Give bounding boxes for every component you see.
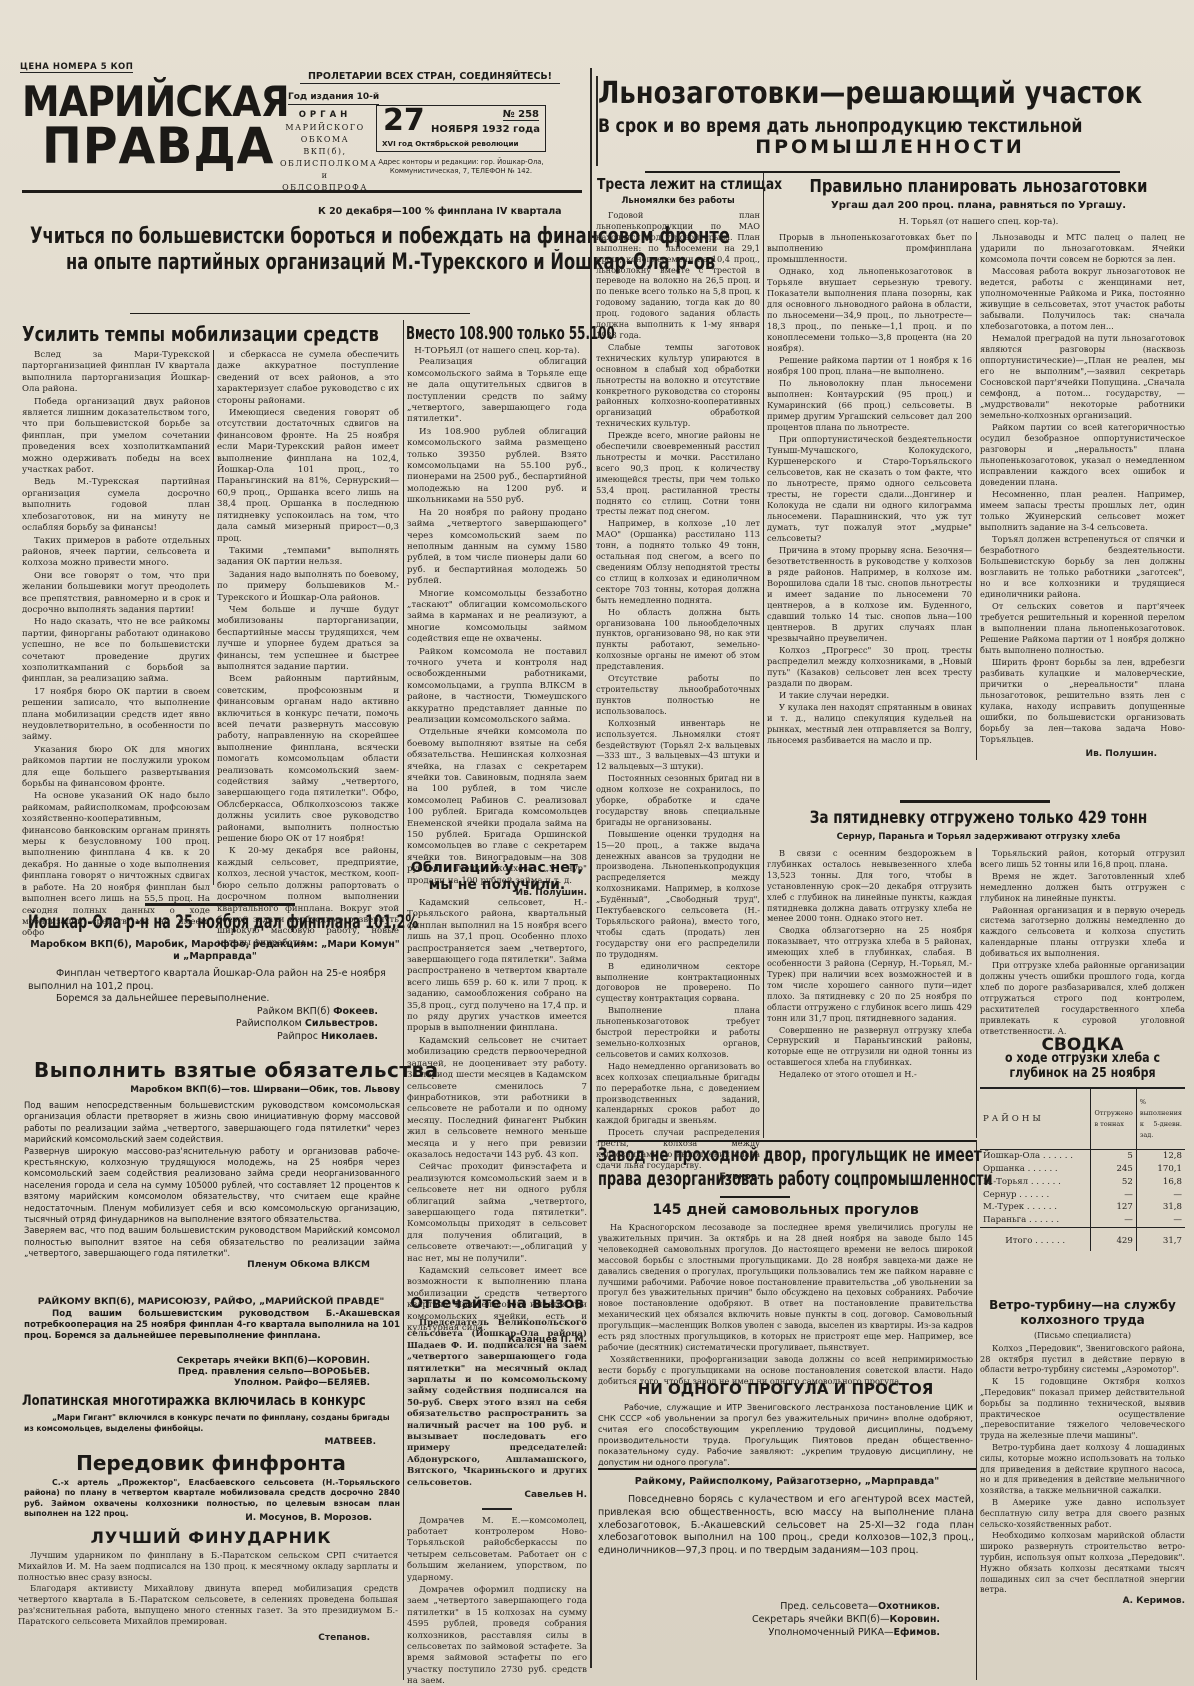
windturbine-subtitle: (Письмо специалиста)	[980, 1330, 1185, 1341]
flax-subhead-line2: ПРОМЫШЛЕННОСТИ	[600, 136, 1180, 158]
answer-body: Председатель Великопольского сельсовета …	[407, 1318, 587, 1489]
percent-done: 16,8	[1136, 1176, 1185, 1189]
organ-text: МАРИЙСКОГО ОБКОМА ВКП(б), ОБЛИСПОЛКОМА и…	[280, 122, 370, 194]
paragraph: Под вашим непосредственным большевистски…	[24, 1100, 400, 1146]
paragraph: Районная организация и в первую очередь …	[980, 905, 1185, 960]
column-rule	[976, 232, 977, 760]
akashevo2-body: Повседневно борясь с кулачеством и его а…	[598, 1494, 974, 1558]
flax-subhead-line1: В срок и во время дать льнопродукцию тек…	[598, 115, 1082, 137]
windturbine-article: Ветро-турбину—на службу колхозного труда…	[980, 1298, 1185, 1607]
factory-sub2-title: НИ ОДНОГО ПРОГУЛА И ПРОСТОЯ	[598, 1380, 973, 1398]
shipped-tons: 429	[1091, 1228, 1136, 1251]
svodka-header-shipped: Отгружено в тоннах	[1091, 1089, 1136, 1149]
tresta-title: Треста лежит на стлищах	[597, 175, 782, 193]
masthead-rule	[22, 190, 582, 193]
obligations-paragraphs: Под вашим непосредственным большевистски…	[24, 1100, 400, 1260]
paragraph: Но область должна быть организована 100 …	[596, 607, 760, 672]
mobilization-title: Усилить темпы мобилизации средств	[22, 322, 379, 346]
paragraph: Массовая работа вокруг льнозаготовок не …	[980, 266, 1185, 332]
grain-title: За пятидневку отгружено только 429 тонн	[809, 808, 1149, 828]
svodka-title: СВОДКА	[980, 1040, 1185, 1051]
lopatino-body: „Мари Гигант" включился в конкурс печати…	[24, 1413, 400, 1434]
paragraph: Прорыв в льнопенькозаготовках бьет по вы…	[767, 232, 972, 265]
svodka-table: РАЙОНЫ Отгружено в тоннах % выполнения к…	[980, 1089, 1185, 1251]
svodka-row: Параньга . . . . . .——	[980, 1214, 1185, 1227]
paragraph: Развернув широкую массово-раз'яснительну…	[24, 1146, 400, 1226]
instead-body: Реализация облигаций комсомольского займ…	[407, 357, 587, 887]
svodka-row: Н.-Торьял . . . . . .5216,8	[980, 1176, 1185, 1189]
udarnik-signature: Степанов.	[18, 1633, 398, 1644]
district-name: Н.-Торьял . . . . . .	[980, 1176, 1091, 1189]
factory-sub1-title: 145 дней самовольных прогулов	[598, 1202, 973, 1218]
paragraph: Заверяем вас, что под вашим большевистск…	[24, 1225, 400, 1259]
paragraph: К 20-му декабря все районы, каждый сельс…	[217, 846, 399, 949]
district-name: Йошкар-Ола . . . . . .	[980, 1149, 1091, 1162]
akashevo-body: Под вашим большевистским руководством Б.…	[24, 1309, 400, 1342]
paragraph: Причина в этому прорыву ясна. Безочня—бе…	[767, 545, 972, 644]
paragraph: Многие комсомольцы беззаботно „таскают" …	[407, 589, 587, 646]
paragraph: Слабые темпы заготовок технических культ…	[596, 342, 760, 429]
factory-sub1-body: На Красногорском лесозаводе за последнее…	[598, 1222, 973, 1388]
paragraph: Колхоз „Прогресс" 30 проц. тресты распре…	[767, 645, 972, 689]
akashevo-title: РАЙКОМУ ВКП(б), МАРИСОЮЗУ, РАЙФО, „МАРИЙ…	[22, 1296, 400, 1307]
paragraph: 17 ноября бюро ОК партии в своем решении…	[22, 687, 210, 744]
obligations-addressees: Маробком ВКП(б)—тов. Ширвани—Обик, тов. …	[22, 1085, 400, 1095]
yoshkar-body-line1: Финплан четвертого квартала Йошкар-Ола р…	[28, 968, 400, 993]
paragraph: При отгрузке хлеба районные организации …	[980, 960, 1185, 1036]
percent-done: 31,7	[1136, 1228, 1185, 1251]
grain-col1: В связи с осенним бездорожьем в глубинка…	[767, 848, 972, 1081]
grain-subtitle: Сернур, Параньга и Торьял задерживают от…	[766, 832, 1191, 842]
paragraph: При оппортунистической бездеятельности Т…	[767, 434, 972, 544]
bonds-body: Кадамский сельсовет, Н.-Торьяльского рай…	[407, 898, 587, 1334]
paragraph: Указания бюро ОК для многих райкомов пар…	[22, 745, 210, 791]
paragraph: Благодаря активисту Михайлову двинута вп…	[18, 1583, 398, 1626]
signature-line: Райком ВКП(б) Фокеев.	[28, 1006, 378, 1019]
paragraph: Торъял должен встрепенуться от спячки и …	[980, 534, 1185, 600]
yoshkar-body: Финплан четвертого квартала Йошкар-Ола р…	[28, 968, 400, 1043]
paragraph: Домрачев оформил подписку на заем „четве…	[407, 1585, 587, 1686]
divider	[482, 1508, 512, 1510]
date-month-year: НОЯБРЯ 1932 года	[431, 124, 540, 135]
svodka-subtitle: о ходе отгрузки хлеба с глубинок на 25 н…	[995, 1051, 1169, 1081]
logo-line-2: ПРАВДА	[42, 122, 246, 170]
paragraph: Решение райкома партии от 1 ноября к 16 …	[767, 355, 972, 377]
lead-headline: Учиться по большевистски бороться и побе…	[30, 224, 590, 276]
akashevo-signatures: Секретарь ячейки ВКП(б)—КОРОВИН.Пред. пр…	[100, 1356, 370, 1389]
flax-headline: Льнозаготовки—решающий участок	[598, 76, 1142, 111]
percent-done: 170,1	[1136, 1163, 1185, 1176]
bonds-article: Кадамский сельсовет, Н.-Торьяльского рай…	[407, 898, 587, 1347]
paragraph: Но надо сказать, что не все райкомы парт…	[22, 617, 210, 685]
plan-col1: Прорыв в льнопенькозаготовках бьет по вы…	[767, 232, 972, 747]
paragraph: Кадамский сельсовет, Н.-Торьяльского рай…	[407, 898, 587, 1035]
paragraph: В связи с осенним бездорожьем в глубинка…	[767, 848, 972, 924]
signature-line: Секретарь ячейки ВКП(б)—Коровин.	[640, 1613, 940, 1626]
column-rule	[976, 848, 977, 1138]
answer-title: Отвечайте на вызов	[407, 1294, 587, 1312]
deadline-banner: К 20 декабря—100 % финплана IV квартала	[318, 206, 562, 217]
paragraph: В Америке уже давно использует бесплатну…	[980, 1497, 1185, 1529]
paragraph: Торьяльский район, который отгрузил всег…	[980, 848, 1185, 870]
slogan: ПРОЛЕТАРИИ ВСЕХ СТРАН, СОЕДИНЯЙТЕСЬ!	[300, 71, 560, 84]
paragraph: Домрачев М. Е.—комсомолец, работает конт…	[407, 1516, 587, 1584]
paragraph: Райком комсомола не поставил точного уче…	[407, 647, 587, 727]
paragraph: Колхозный инвентарь не используется. Льн…	[596, 718, 760, 773]
bonds-title: Облигаций у нас нет, мы не получили.	[407, 860, 587, 894]
district-name: Оршанка . . . . . .	[980, 1163, 1091, 1176]
paragraph: По льноволокну план льносемени выполнен:…	[767, 378, 972, 433]
paragraph: На 20 ноября по району продано займа „че…	[407, 508, 587, 588]
organ-block: ОРГАН МАРИЙСКОГО ОБКОМА ВКП(б), ОБЛИСПОЛ…	[280, 110, 370, 194]
signature-line: Райпрос Николаев.	[28, 1031, 378, 1044]
issue-number: № 258	[503, 109, 539, 121]
yoshkar-addressees: Маробком ВКП(б), Маробик, Мароффо, редак…	[30, 939, 400, 963]
section-rule	[720, 1196, 790, 1198]
paragraph: Вслед за Мари-Турекской парторганизацией…	[22, 350, 210, 396]
plan-dateline: Н. Торьял (от нашего спец. кор-та).	[766, 217, 1191, 227]
paragraph: Райком партии со всей категоричностью ос…	[980, 422, 1185, 488]
lopatino-signature: МАТВЕЕВ.	[200, 1437, 376, 1447]
paragraph: Колхоз „Передовик", Звениговского района…	[980, 1343, 1185, 1375]
paragraph: Ветро-турбина дает колхозу 4 лошадиных с…	[980, 1442, 1185, 1496]
instead-dateline: Н-ТОРЬЯЛ (от нашего спец. кор-та).	[407, 346, 587, 357]
newspaper-logo: МАРИЙСКАЯ ПРАВДА	[22, 82, 257, 170]
paragraph: Постоянных сезонных бригад ни в одном ко…	[596, 773, 760, 828]
shipped-tons: 245	[1091, 1163, 1136, 1176]
paragraph: Например, в колхозе „10 лет МАО" (Оршанк…	[596, 518, 760, 605]
finfront-signature: И. Мосунов, В. Морозов.	[200, 1513, 372, 1523]
district-name: М.-Турек . . . . . .	[980, 1201, 1091, 1214]
section-rule	[145, 903, 295, 906]
signature-line: Уполном. Райфо—БЕЛЯЕВ.	[100, 1378, 370, 1389]
paragraph: Председатель Великопольского сельсовета …	[407, 1318, 587, 1489]
paragraph: Ведь М.-Турекская партийная организация …	[22, 477, 210, 534]
signature-line: Райисполком Сильвестров.	[28, 1018, 378, 1031]
paragraph: Прежде всего, многие районы не обеспечил…	[596, 430, 760, 517]
paragraph: На Красногорском лесозаводе за последнее…	[598, 1222, 973, 1353]
organ-label: ОРГАН	[280, 110, 370, 120]
plan-title: Правильно планировать льнозаготовки	[804, 176, 1153, 197]
svodka-row: Оршанка . . . . . .245170,1	[980, 1163, 1185, 1176]
paragraph: От сельских советов и парт'ячеек требует…	[980, 601, 1185, 656]
svodka-rows: Йошкар-Ола . . . . . .512,8Оршанка . . .…	[980, 1149, 1185, 1251]
paragraph: Лучшим ударником по финплану в Б.-Паратс…	[18, 1550, 398, 1582]
svodka-header-districts: РАЙОНЫ	[980, 1089, 1091, 1149]
section-rule	[900, 800, 1050, 803]
page-center-divider	[590, 68, 592, 1668]
paragraph: Чем больше и лучше будут мобилизованы па…	[217, 605, 399, 673]
mobilization-col1: Вслед за Мари-Турекской парторганизацией…	[22, 350, 210, 941]
akashevo2-title: Райкому, Райисполкому, Райзаготзерно, „М…	[598, 1476, 976, 1487]
signature-line: Секретарь ячейки ВКП(б)—КОРОВИН.	[100, 1356, 370, 1367]
answer-note: Домрачев М. Е.—комсомолец, работает конт…	[407, 1516, 587, 1686]
svodka-row: М.-Турек . . . . . .12731,8	[980, 1201, 1185, 1214]
paragraph: Победа организаций двух районов является…	[22, 397, 210, 477]
shipped-tons: 52	[1091, 1176, 1136, 1189]
paragraph: Время не ждет. Заготовленный хлеб немедл…	[980, 871, 1185, 904]
paragraph: Задания надо выполнять по боевому, по пр…	[217, 570, 399, 604]
logo-line-1: МАРИЙСКАЯ	[22, 82, 234, 122]
paragraph: Надо немедленно организовать во всех кол…	[596, 1061, 760, 1126]
answer-article: Председатель Великопольского сельсовета …	[407, 1318, 587, 1686]
yoshkar-title: Йошкар-Ола р-н на 25 ноября дал финплана…	[28, 911, 418, 933]
revolution-year: XVI год Октябрьской революции	[382, 139, 519, 148]
yoshkar-body-line2: Боремся за дальнейшее перевыполнение.	[28, 993, 400, 1006]
newspaper-page: ЦЕНА НОМЕРА 5 КОП МАРИЙСКАЯ ПРАВДА ПРОЛЕ…	[0, 0, 1194, 1686]
district-name: Параньга . . . . . .	[980, 1214, 1091, 1227]
percent-done: —	[1136, 1214, 1185, 1227]
udarnik-body: Лучшим ударником по финплану в Б.-Паратс…	[18, 1550, 398, 1643]
paragraph: Из 108.900 рублей облигаций комсомольско…	[407, 427, 587, 507]
paragraph: Сейчас проходит финэстафета и реализуютс…	[407, 1162, 587, 1265]
flax-rule	[645, 171, 1120, 173]
paragraph: Сводка облзаготзерно на 25 ноября показы…	[767, 925, 972, 1023]
instead-article: Н-ТОРЬЯЛ (от нашего спец. кор-та). Реали…	[407, 346, 587, 900]
svodka-header-percent: % выполнения к 5-дневн. зад.	[1136, 1089, 1185, 1149]
paragraph: И такие случаи нередки.	[767, 690, 972, 701]
plan-signature: Ив. Полушин.	[980, 749, 1185, 760]
paragraph: Несомненно, план реален. Например, имеем…	[980, 489, 1185, 533]
lopatino-title: Лопатинская многотиражка включилась в ко…	[22, 1393, 366, 1409]
paragraph: и сберкасса не сумела обеспечить даже ак…	[217, 350, 399, 407]
paragraph: Немалой преградой на пути льнозаготовок …	[980, 333, 1185, 421]
obligations-title: Выполнить взятые обязательства	[34, 1058, 439, 1082]
paragraph: Отсутствие работы по строительству льноо…	[596, 673, 760, 717]
svodka-row: Йошкар-Ола . . . . . .512,8	[980, 1149, 1185, 1162]
paragraph: Недалеко от этого отошел и Н.-	[767, 1069, 972, 1080]
answer-signature: Савельев Н.	[407, 1490, 587, 1501]
svodka-total-row: Итого . . . . . .42931,7	[980, 1228, 1185, 1251]
date-day: 27	[383, 103, 425, 138]
paragraph: Однако, ход льнопенькозаготовок в Торьял…	[767, 266, 972, 354]
paragraph: Они все говорят о том, что при желании б…	[22, 571, 210, 617]
plan-col2: Льнозаводы и МТС палец о палец не ударил…	[980, 232, 1185, 760]
paragraph: Необходимо колхозам марийской области ши…	[980, 1530, 1185, 1595]
svodka-table-wrapper: РАЙОНЫ Отгружено в тоннах % выполнения к…	[980, 1087, 1185, 1251]
instead-title: Вместо 108.900 только 55.100	[406, 323, 615, 344]
shipped-tons: 5	[1091, 1149, 1136, 1162]
paragraph: В единоличном секторе выполнение контрак…	[596, 961, 760, 1005]
windturbine-signature: А. Керимов.	[980, 1596, 1185, 1607]
lead-rule	[130, 313, 470, 314]
paragraph: Имеющиеся сведения говорят об отсутствии…	[217, 408, 399, 545]
paragraph: Ширить фронт борьбы за лен, вдребезги ра…	[980, 657, 1185, 745]
paragraph: К 15 годовщине Октября колхоз „Передовик…	[980, 1376, 1185, 1441]
column-rule	[213, 350, 214, 885]
lead-headline-line2: на опыте партийных организаций М.-Турекс…	[66, 250, 454, 276]
factory-headline-line1: Завод не проходной двор, прогульщик не и…	[598, 1144, 982, 1166]
shipped-tons: —	[1091, 1214, 1136, 1227]
paragraph: Годовой план льнопенькопродукции по МАО …	[596, 210, 760, 341]
paragraph: Повышение оценки трудодня на 15—20 проц.…	[596, 829, 760, 960]
windturbine-title: Ветро-турбину—на службу колхозного труда	[980, 1298, 1185, 1328]
address: Адрес конторы и редакции: гор. Йошкар-Ол…	[370, 158, 552, 175]
signature-line: Уполномоченный РИКА—Ефимов.	[640, 1626, 940, 1639]
percent-done: —	[1136, 1189, 1185, 1202]
paragraph: Реализация облигаций комсомольского займ…	[407, 357, 587, 425]
paragraph: У кулака лен находят спрятанным в овинах…	[767, 702, 972, 746]
paragraph: Кадамский сельсовет не считает мобилизац…	[407, 1036, 587, 1161]
district-name: Итого . . . . . .	[980, 1228, 1091, 1251]
paragraph: Таких примеров в работе отдельных районо…	[22, 536, 210, 570]
factory-headline-line2: права дезорганизовать работу соцпромышле…	[598, 1168, 993, 1190]
lead-headline-line1: Учиться по большевистски бороться и побе…	[30, 224, 592, 250]
yoshkar-signatures: Райком ВКП(б) Фокеев.Райисполком Сильвес…	[28, 1006, 400, 1044]
paragraph: Выполнение плана льнопенькозаготовок тре…	[596, 1005, 760, 1060]
paragraph: Всем районным партийным, советским, проф…	[217, 674, 399, 845]
finfront-title: Передовик финфронта	[22, 1451, 400, 1475]
paragraph: Такими „темпами" выполнять задания ОК па…	[217, 546, 399, 569]
signature-line: Пред. сельсовета—Охотников.	[640, 1600, 940, 1613]
shipped-tons: 127	[1091, 1201, 1136, 1214]
tresta-subtitle: Льномялки без работы	[597, 196, 759, 206]
obligations-body: Под вашим непосредственным большевистски…	[24, 1100, 400, 1271]
signature-line: Пред. правления сельпо—ВОРОБЬЕВ.	[100, 1367, 370, 1378]
section-rule	[598, 1468, 976, 1470]
column-rule	[403, 320, 404, 1680]
akashevo2-signatures: Пред. сельсовета—Охотников.Секретарь яче…	[640, 1600, 940, 1639]
column-rule	[763, 173, 764, 1138]
section-rule	[598, 1140, 976, 1142]
year-label: Год издания 10-й	[288, 92, 379, 105]
percent-done: 12,8	[1136, 1149, 1185, 1162]
column-rule	[976, 1140, 977, 1680]
shipped-tons: —	[1091, 1189, 1136, 1202]
paragraph: Льнозаводы и МТС палец о палец не ударил…	[980, 232, 1185, 265]
grain-col2: Торьяльский район, который отгрузил всег…	[980, 848, 1185, 1251]
price-label: ЦЕНА НОМЕРА 5 КОП	[20, 62, 133, 73]
percent-done: 31,8	[1136, 1201, 1185, 1214]
factory-sub2-body: Рабочие, служащие и ИТР Звениговского ле…	[598, 1402, 973, 1468]
district-name: Сернур . . . . . .	[980, 1189, 1091, 1202]
paragraph: Совершенно не развернул отгрузку хлеба С…	[767, 1025, 972, 1069]
date-box: 27 № 258 НОЯБРЯ 1932 года XVI год Октябр…	[376, 105, 546, 152]
svodka-row: Сернур . . . . . .——	[980, 1189, 1185, 1202]
tresta-body: Годовой план льнопенькопродукции по МАО …	[596, 210, 760, 1183]
udarnik-title: ЛУЧШИЙ ФИНУДАРНИК	[22, 1528, 400, 1547]
obligations-signature: Пленум Обкома ВЛКСМ	[24, 1260, 400, 1271]
plan-subtitle: Ургаш дал 200 проц. плана, равняться по …	[766, 200, 1191, 211]
mobilization-col2: и сберкасса не сумела обеспечить даже ак…	[217, 350, 399, 950]
